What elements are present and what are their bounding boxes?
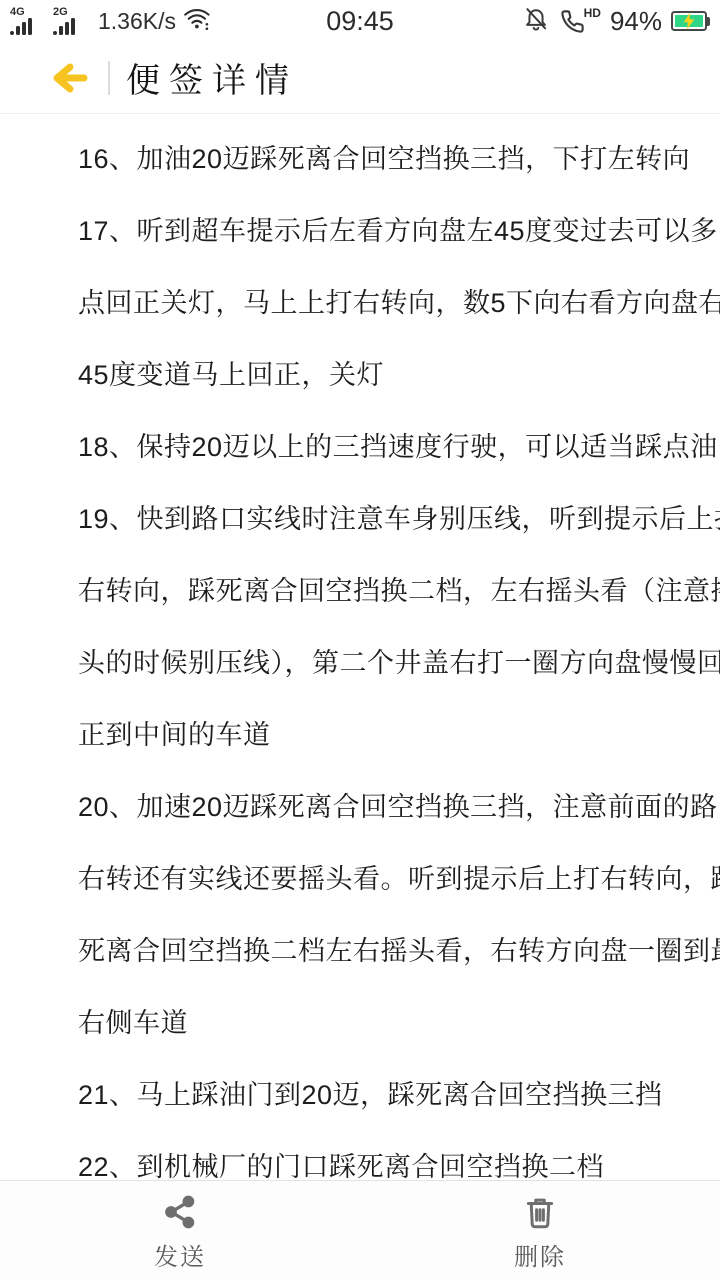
bottom-toolbar: 发送 删除 xyxy=(0,1180,720,1280)
charging-bolt-icon xyxy=(683,13,695,30)
battery-icon xyxy=(671,11,710,31)
note-content[interactable]: 16、加油20迈踩死离合回空挡换三挡，下打左转向17、听到超车提示后左看方向盘左… xyxy=(0,115,720,1180)
note-line: 16、加油20迈踩死离合回空挡换三挡，下打左转向 xyxy=(78,123,690,195)
note-line: 头的时候别压线），第二个井盖右打一圈方向盘慢慢回 xyxy=(78,627,690,699)
back-arrow-icon xyxy=(50,62,90,94)
note-line: 18、保持20迈以上的三挡速度行驶，可以适当踩点油门 xyxy=(78,411,690,483)
status-left-group: 4G 2G 1.36K/s xyxy=(10,5,213,37)
share-icon xyxy=(162,1194,198,1230)
note-line: 右侧车道 xyxy=(78,987,690,1059)
note-line: 右转还有实线还要摇头看。听到提示后上打右转向，踩 xyxy=(78,843,690,915)
sim2-network-type-label: 2G xyxy=(53,7,68,17)
battery-percent-text: 94% xyxy=(610,6,662,37)
note-line: 点回正关灯，马上上打右转向，数5下向右看方向盘右 xyxy=(78,267,690,339)
sim1-network-type-label: 4G xyxy=(10,7,25,17)
note-line: 22、到机械厂的门口踩死离合回空挡换二档 xyxy=(78,1131,690,1180)
note-detail-screen: 4G 2G 1.36K/s 09:45 xyxy=(0,0,720,1280)
delete-label: 删除 xyxy=(514,1237,566,1272)
sim1-signal-icon: 4G xyxy=(10,7,46,35)
sim2-signal-icon: 2G xyxy=(53,7,89,35)
network-speed-text: 1.36K/s xyxy=(98,8,176,35)
note-line: 死离合回空挡换二档左右摇头看，右转方向盘一圈到最 xyxy=(78,915,690,987)
send-button[interactable]: 发送 xyxy=(0,1181,360,1280)
note-line: 17、听到超车提示后左看方向盘左45度变过去可以多回 xyxy=(78,195,690,267)
clock-text: 09:45 xyxy=(326,6,394,37)
hd-voice-label: HD xyxy=(584,6,601,20)
delete-button[interactable]: 删除 xyxy=(360,1181,720,1280)
mute-bell-icon xyxy=(522,5,550,38)
note-line: 右转向，踩死离合回空挡换二档，左右摇头看（注意摇 xyxy=(78,555,690,627)
page-title: 便签详情 xyxy=(126,53,298,102)
note-line: 19、快到路口实线时注意车身别压线，听到提示后上打 xyxy=(78,483,690,555)
back-button[interactable] xyxy=(50,62,90,94)
status-right-group: HD 94% xyxy=(522,5,710,38)
title-bar: 便签详情 xyxy=(0,42,720,114)
status-bar: 4G 2G 1.36K/s 09:45 xyxy=(0,0,720,42)
note-line: 正到中间的车道 xyxy=(78,699,690,771)
trash-icon xyxy=(523,1194,557,1230)
send-label: 发送 xyxy=(154,1237,206,1272)
header-divider xyxy=(108,61,110,95)
note-line: 21、马上踩油门到20迈，踩死离合回空挡换三挡 xyxy=(78,1059,690,1131)
note-line: 20、加速20迈踩死离合回空挡换三挡，注意前面的路口 xyxy=(78,771,690,843)
wifi-icon xyxy=(183,5,213,37)
hd-call-icon: HD xyxy=(559,7,601,35)
note-line: 45度变道马上回正，关灯 xyxy=(78,339,690,411)
